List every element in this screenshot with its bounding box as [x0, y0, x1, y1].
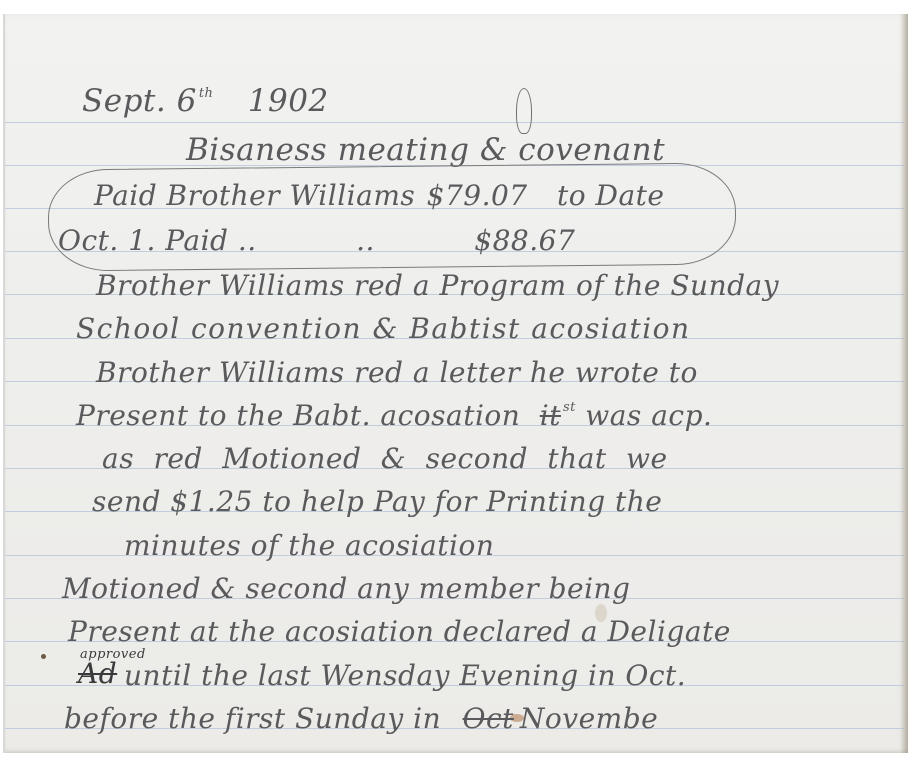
ruled-line — [5, 122, 904, 123]
body-line-8: Motioned & second any member being — [62, 575, 630, 603]
body-line-1: Brother Williams red a Program of the Su… — [96, 272, 779, 300]
body-line-4: Present to the Babt. acosation itst was … — [76, 401, 712, 430]
ledger-line-1-tail: to Date — [557, 179, 664, 212]
ledger-line-1: Paid Brother Williams $79.07 to Date — [94, 182, 665, 210]
struck-month: Oct — [463, 702, 514, 735]
ink-spot — [41, 654, 46, 659]
struck-word: it — [540, 399, 561, 432]
superscript-st: st — [563, 400, 576, 415]
ledger-line-2-text: Oct. 1. Paid .. — [58, 224, 257, 257]
body-line-6: send $1.25 to help Pay for Printing the — [92, 488, 662, 516]
body-line-2: School convention & Babtist acosiation — [76, 315, 691, 343]
body-line-10: until the last Wensday Evening in Oct. — [124, 662, 686, 690]
date-year: 1902 — [248, 83, 329, 119]
body-line-4-text: Present to the Babt. acosation — [76, 399, 520, 432]
body-line-9: Present at the acosiation declared a Del… — [68, 618, 731, 646]
body-line-3: Brother Williams red a letter he wrote t… — [96, 359, 698, 387]
scanned-document: Sept. 6th 1902 Bisaness meating & covena… — [0, 0, 913, 768]
body-line-7: minutes of the acosiation — [124, 532, 494, 560]
ledger-line-2-amount: $88.67 — [474, 224, 575, 257]
date-suffix: th — [199, 86, 214, 101]
meeting-heading: Bisaness meating & covenant — [186, 135, 665, 166]
body-line-11-text: before the first Sunday in — [64, 702, 441, 735]
entry-date: Sept. 6th 1902 — [82, 86, 329, 117]
month-novembe: Novembe — [520, 702, 658, 735]
margin-mark-icon — [516, 88, 532, 134]
ledger-line-1-amount: $79.07 — [427, 179, 528, 212]
ledger-line-2: Oct. 1. Paid .. .. $88.67 — [58, 227, 575, 255]
body-line-11: before the first Sunday in OctNovembe — [64, 705, 658, 733]
body-line-5: as red Motioned & second that we — [102, 445, 668, 473]
margin-struck-text: Ad — [78, 660, 117, 688]
ledger-line-1-text: Paid Brother Williams — [94, 179, 415, 212]
body-line-4-tail: was acp. — [585, 399, 712, 432]
date-day: Sept. 6 — [82, 83, 197, 119]
ledger-line-2-ditto: .. — [356, 224, 375, 257]
